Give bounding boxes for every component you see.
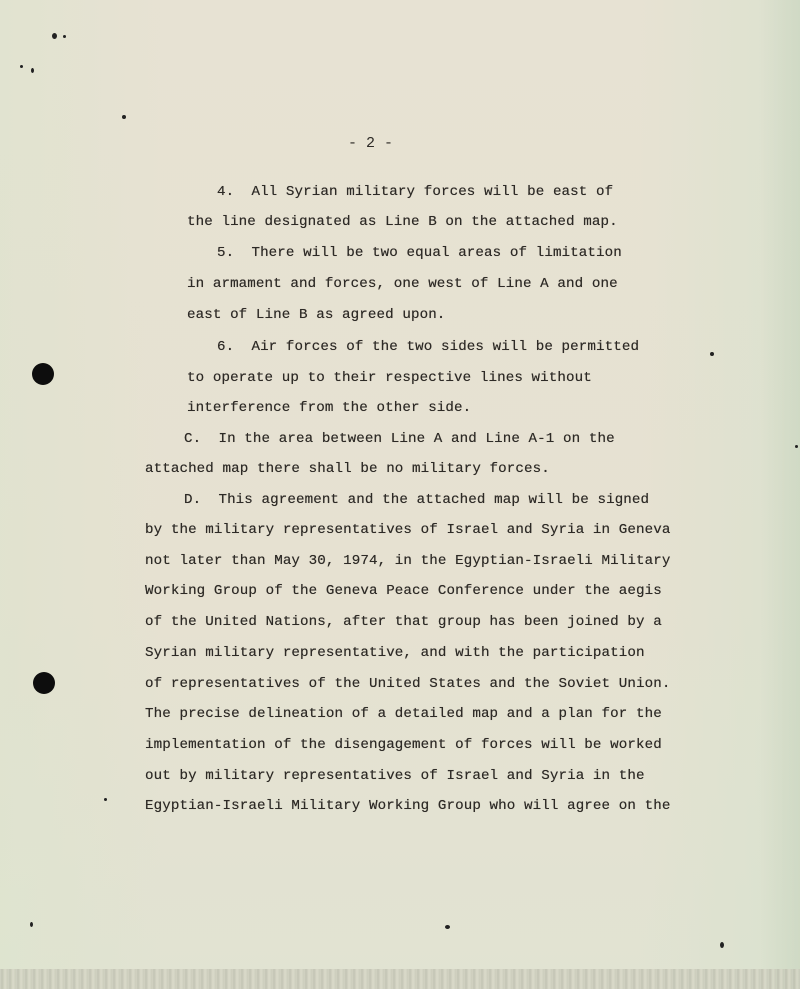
- text-line: C. In the area between Line A and Line A…: [184, 431, 615, 447]
- scan-speck: [122, 115, 126, 119]
- page-number: - 2 -: [348, 135, 393, 152]
- scan-speck: [52, 33, 57, 39]
- text-line: Syrian military representative, and with…: [145, 645, 645, 661]
- text-line: interference from the other side.: [187, 400, 471, 416]
- text-line: 5. There will be two equal areas of limi…: [217, 245, 622, 261]
- text-line: 6. Air forces of the two sides will be p…: [217, 339, 639, 355]
- scan-speck: [31, 68, 34, 73]
- text-line: of representatives of the United States …: [145, 676, 670, 692]
- text-line: Working Group of the Geneva Peace Confer…: [145, 583, 662, 599]
- text-line: not later than May 30, 1974, in the Egyp…: [145, 553, 670, 569]
- text-line: The precise delineation of a detailed ma…: [145, 706, 662, 722]
- scan-bottom-noise: [0, 969, 800, 989]
- text-line: to operate up to their respective lines …: [187, 370, 592, 386]
- document-page: - 2 - 4. All Syrian military forces will…: [0, 0, 800, 989]
- punch-hole-top: [32, 363, 54, 385]
- text-line: Egyptian-Israeli Military Working Group …: [145, 798, 670, 814]
- text-line: east of Line B as agreed upon.: [187, 307, 445, 323]
- text-line: 4. All Syrian military forces will be ea…: [217, 184, 613, 200]
- punch-hole-bottom: [33, 672, 55, 694]
- scan-speck: [795, 445, 798, 448]
- text-line: D. This agreement and the attached map w…: [184, 492, 649, 508]
- text-line: the line designated as Line B on the att…: [187, 214, 618, 230]
- text-line: by the military representatives of Israe…: [145, 522, 670, 538]
- scan-speck: [710, 352, 714, 356]
- text-line: implementation of the disengagement of f…: [145, 737, 662, 753]
- scan-speck: [30, 922, 33, 927]
- scan-speck: [720, 942, 724, 948]
- text-line: out by military representatives of Israe…: [145, 768, 645, 784]
- text-line: in armament and forces, one west of Line…: [187, 276, 618, 292]
- scan-speck: [63, 35, 66, 38]
- scan-speck: [445, 925, 450, 929]
- scan-edge-shadow: [760, 0, 800, 989]
- text-line: attached map there shall be no military …: [145, 461, 550, 477]
- scan-speck: [104, 798, 107, 801]
- text-line: of the United Nations, after that group …: [145, 614, 662, 630]
- scan-speck: [20, 65, 23, 68]
